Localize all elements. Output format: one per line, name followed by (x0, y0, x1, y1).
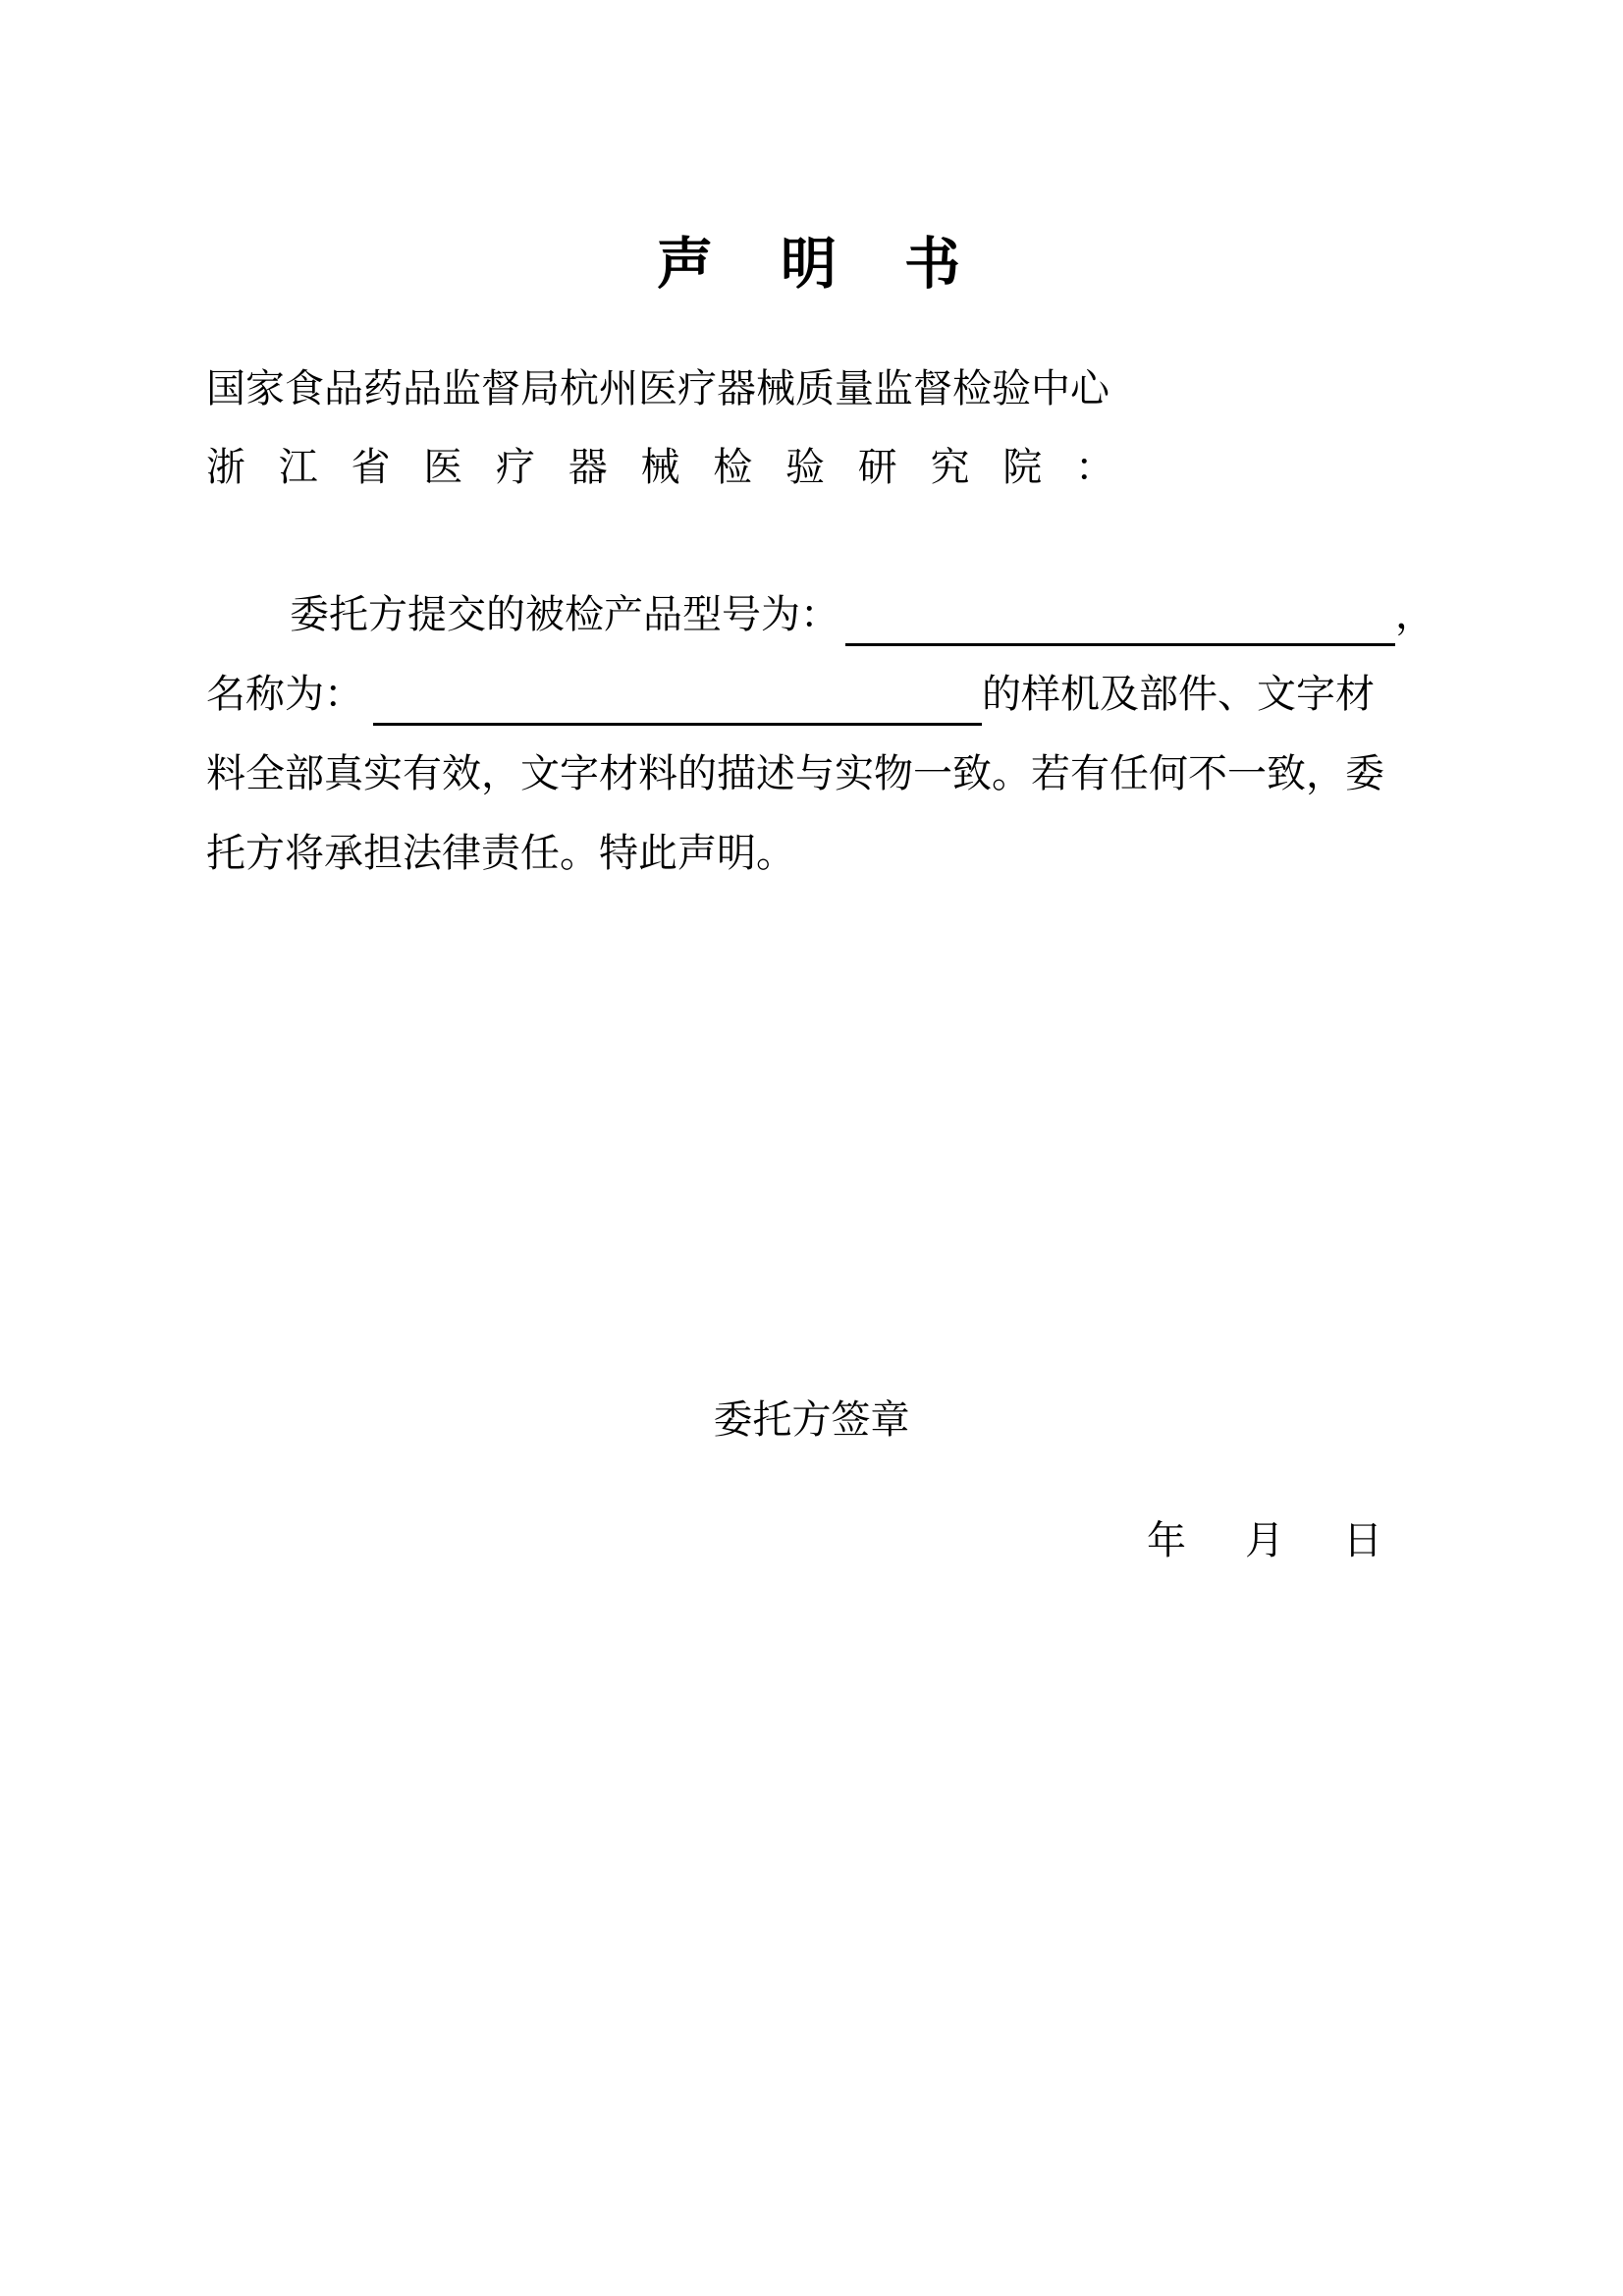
body-line-1: 委托方提交的被检产品型号为：， (290, 589, 1434, 640)
date-day-label: 日 (1343, 1515, 1382, 1566)
body-line-3: 料全部真实有效，文字材料的描述与实物一致。若有任何不一致，委 (206, 748, 1384, 799)
date-month-label: 月 (1245, 1515, 1284, 1566)
signature-label: 委托方签章 (0, 1394, 1623, 1446)
addressee-line-institute: 浙江省医疗器械检验研究院： (206, 442, 1114, 493)
date-year-label: 年 (1147, 1515, 1186, 1566)
body-line-2-suffix: 的样机及部件、文字材 (982, 672, 1375, 716)
body-line-1-text: 委托方提交的被检产品型号为： (290, 592, 839, 636)
body-line-4: 托方将承担法律责任。特此声明。 (206, 828, 795, 879)
document-title: 声 明 书 (0, 232, 1623, 299)
body-line-1-comma: ， (1395, 592, 1434, 636)
document-page: 声 明 书 国家食品药品监督局杭州医疗器械质量监督检验中心 浙江省医疗器械检验研… (0, 0, 1623, 2296)
body-line-2-text: 名称为： (206, 672, 363, 716)
date-line: 年 月 日 (1147, 1515, 1382, 1566)
addressee-line-center: 国家食品药品监督局杭州医疗器械质量监督检验中心 (206, 363, 1109, 414)
body-line-2: 名称为：的样机及部件、文字材 (206, 669, 1375, 720)
product-name-blank[interactable] (373, 683, 982, 726)
product-model-blank[interactable] (845, 604, 1395, 646)
